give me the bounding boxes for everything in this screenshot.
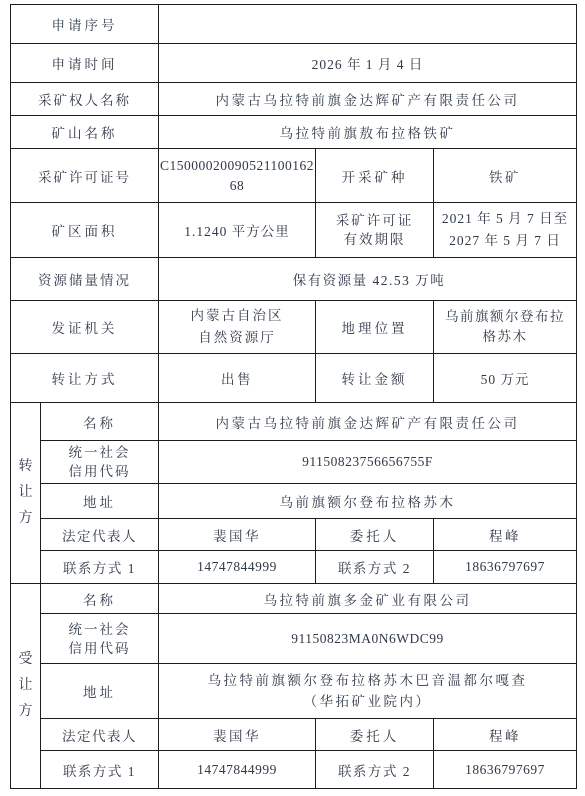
transferee-contact2-value: 18636797697 xyxy=(434,751,577,789)
application-no-row: 申请序号 xyxy=(11,5,577,44)
area-value: 1.1240 平方公里 xyxy=(159,203,316,258)
transferee-delegate-label: 委托人 xyxy=(316,719,434,751)
transferee-section-cell: 受让方 xyxy=(11,584,41,789)
transferee-legal-rep-value: 裴国华 xyxy=(159,719,316,751)
application-date-value: 2026 年 1 月 4 日 xyxy=(159,44,577,83)
transferee-contact2-label: 联系方式 2 xyxy=(316,751,434,789)
transferor-section-label: 转让方 xyxy=(18,454,33,532)
licensee-name-label: 采矿权人名称 xyxy=(11,83,159,116)
location-value: 乌前旗额尔登布拉格苏木 xyxy=(434,301,577,354)
transfer-method-row: 转让方式 出售 转让金额 50 万元 xyxy=(11,354,577,403)
transferee-legal-rep-label: 法定代表人 xyxy=(41,719,159,751)
transferee-credit-code-value: 91150823MA0N6WDC99 xyxy=(159,614,577,664)
license-validity-label: 采矿许可证 有效期限 xyxy=(316,203,434,258)
application-date-row: 申请时间 2026 年 1 月 4 日 xyxy=(11,44,577,83)
area-validity-row: 矿区面积 1.1240 平方公里 采矿许可证 有效期限 2021 年 5 月 7… xyxy=(11,203,577,258)
transferee-name-label: 名称 xyxy=(41,584,159,614)
transferor-contact1-label: 联系方式 1 xyxy=(41,551,159,584)
transferee-contact1-value: 14747844999 xyxy=(159,751,316,789)
transferee-name-row: 受让方 名称 乌拉特前旗多金矿业有限公司 xyxy=(11,584,577,614)
transferor-name-label: 名称 xyxy=(41,403,159,441)
transferor-legal-rep-value: 裴国华 xyxy=(159,519,316,551)
authority-location-row: 发证机关 内蒙古自治区 自然资源厅 地理位置 乌前旗额尔登布拉格苏木 xyxy=(11,301,577,354)
application-no-value xyxy=(159,5,577,44)
transferor-rep-row: 法定代表人 裴国华 委托人 程峰 xyxy=(11,519,577,551)
resources-value: 保有资源量 42.53 万吨 xyxy=(159,258,577,301)
license-row: 采矿许可证号 C1500002009052110016268 开采矿种 铁矿 xyxy=(11,149,577,203)
transfer-method-label: 转让方式 xyxy=(11,354,159,403)
issuing-authority-value: 内蒙古自治区 自然资源厅 xyxy=(159,301,316,354)
transferor-contact-row: 联系方式 1 14747844999 联系方式 2 18636797697 xyxy=(11,551,577,584)
issuing-authority-label: 发证机关 xyxy=(11,301,159,354)
transfer-method-value: 出售 xyxy=(159,354,316,403)
transferor-credit-code-row: 统一社会 信用代码 91150823756656755F xyxy=(11,441,577,484)
location-label: 地理位置 xyxy=(316,301,434,354)
license-no-value: C1500002009052110016268 xyxy=(159,149,316,203)
resources-row: 资源储量情况 保有资源量 42.53 万吨 xyxy=(11,258,577,301)
transferor-contact2-label: 联系方式 2 xyxy=(316,551,434,584)
transferee-address-value: 乌拉特前旗额尔登布拉格苏木巴音温都尔嘎查 （华拓矿业院内） xyxy=(159,664,577,719)
transfer-amount-label: 转让金额 xyxy=(316,354,434,403)
transferor-credit-code-label: 统一社会 信用代码 xyxy=(41,441,159,484)
application-no-label: 申请序号 xyxy=(11,5,159,44)
transferee-address-row: 地址 乌拉特前旗额尔登布拉格苏木巴音温都尔嘎查 （华拓矿业院内） xyxy=(11,664,577,719)
transferor-address-value: 乌前旗额尔登布拉格苏木 xyxy=(159,484,577,519)
resources-label: 资源储量情况 xyxy=(11,258,159,301)
transferee-contact-row: 联系方式 1 14747844999 联系方式 2 18636797697 xyxy=(11,751,577,789)
transferor-address-row: 地址 乌前旗额尔登布拉格苏木 xyxy=(11,484,577,519)
transferor-legal-rep-label: 法定代表人 xyxy=(41,519,159,551)
transferor-delegate-label: 委托人 xyxy=(316,519,434,551)
mineral-type-value: 铁矿 xyxy=(434,149,577,203)
transferor-address-label: 地址 xyxy=(41,484,159,519)
license-validity-value: 2021 年 5 月 7 日至 2027 年 5 月 7 日 xyxy=(434,203,577,258)
application-date-label: 申请时间 xyxy=(11,44,159,83)
mine-name-value: 乌拉特前旗敖布拉格铁矿 xyxy=(159,116,577,149)
transferor-name-row: 转让方 名称 内蒙古乌拉特前旗金达辉矿产有限责任公司 xyxy=(11,403,577,441)
transferee-credit-code-row: 统一社会 信用代码 91150823MA0N6WDC99 xyxy=(11,614,577,664)
area-label: 矿区面积 xyxy=(11,203,159,258)
application-table: 申请序号 申请时间 2026 年 1 月 4 日 采矿权人名称 内蒙古乌拉特前旗… xyxy=(10,4,577,789)
transferor-contact2-value: 18636797697 xyxy=(434,551,577,584)
transferee-address-label: 地址 xyxy=(41,664,159,719)
mine-name-row: 矿山名称 乌拉特前旗敖布拉格铁矿 xyxy=(11,116,577,149)
licensee-name-value: 内蒙古乌拉特前旗金达辉矿产有限责任公司 xyxy=(159,83,577,116)
transferee-credit-code-label: 统一社会 信用代码 xyxy=(41,614,159,664)
transferor-contact1-value: 14747844999 xyxy=(159,551,316,584)
license-no-label: 采矿许可证号 xyxy=(11,149,159,203)
transferee-delegate-value: 程峰 xyxy=(434,719,577,751)
page: { "form": { "application_no": { "label":… xyxy=(0,0,585,796)
mine-name-label: 矿山名称 xyxy=(11,116,159,149)
transferor-name-value: 内蒙古乌拉特前旗金达辉矿产有限责任公司 xyxy=(159,403,577,441)
transferor-credit-code-value: 91150823756656755F xyxy=(159,441,577,484)
transferor-delegate-value: 程峰 xyxy=(434,519,577,551)
transferee-rep-row: 法定代表人 裴国华 委托人 程峰 xyxy=(11,719,577,751)
transferor-section-cell: 转让方 xyxy=(11,403,41,584)
transfer-amount-value: 50 万元 xyxy=(434,354,577,403)
transferee-contact1-label: 联系方式 1 xyxy=(41,751,159,789)
mineral-type-label: 开采矿种 xyxy=(316,149,434,203)
transferee-name-value: 乌拉特前旗多金矿业有限公司 xyxy=(159,584,577,614)
licensee-name-row: 采矿权人名称 内蒙古乌拉特前旗金达辉矿产有限责任公司 xyxy=(11,83,577,116)
transferee-section-label: 受让方 xyxy=(18,647,33,725)
